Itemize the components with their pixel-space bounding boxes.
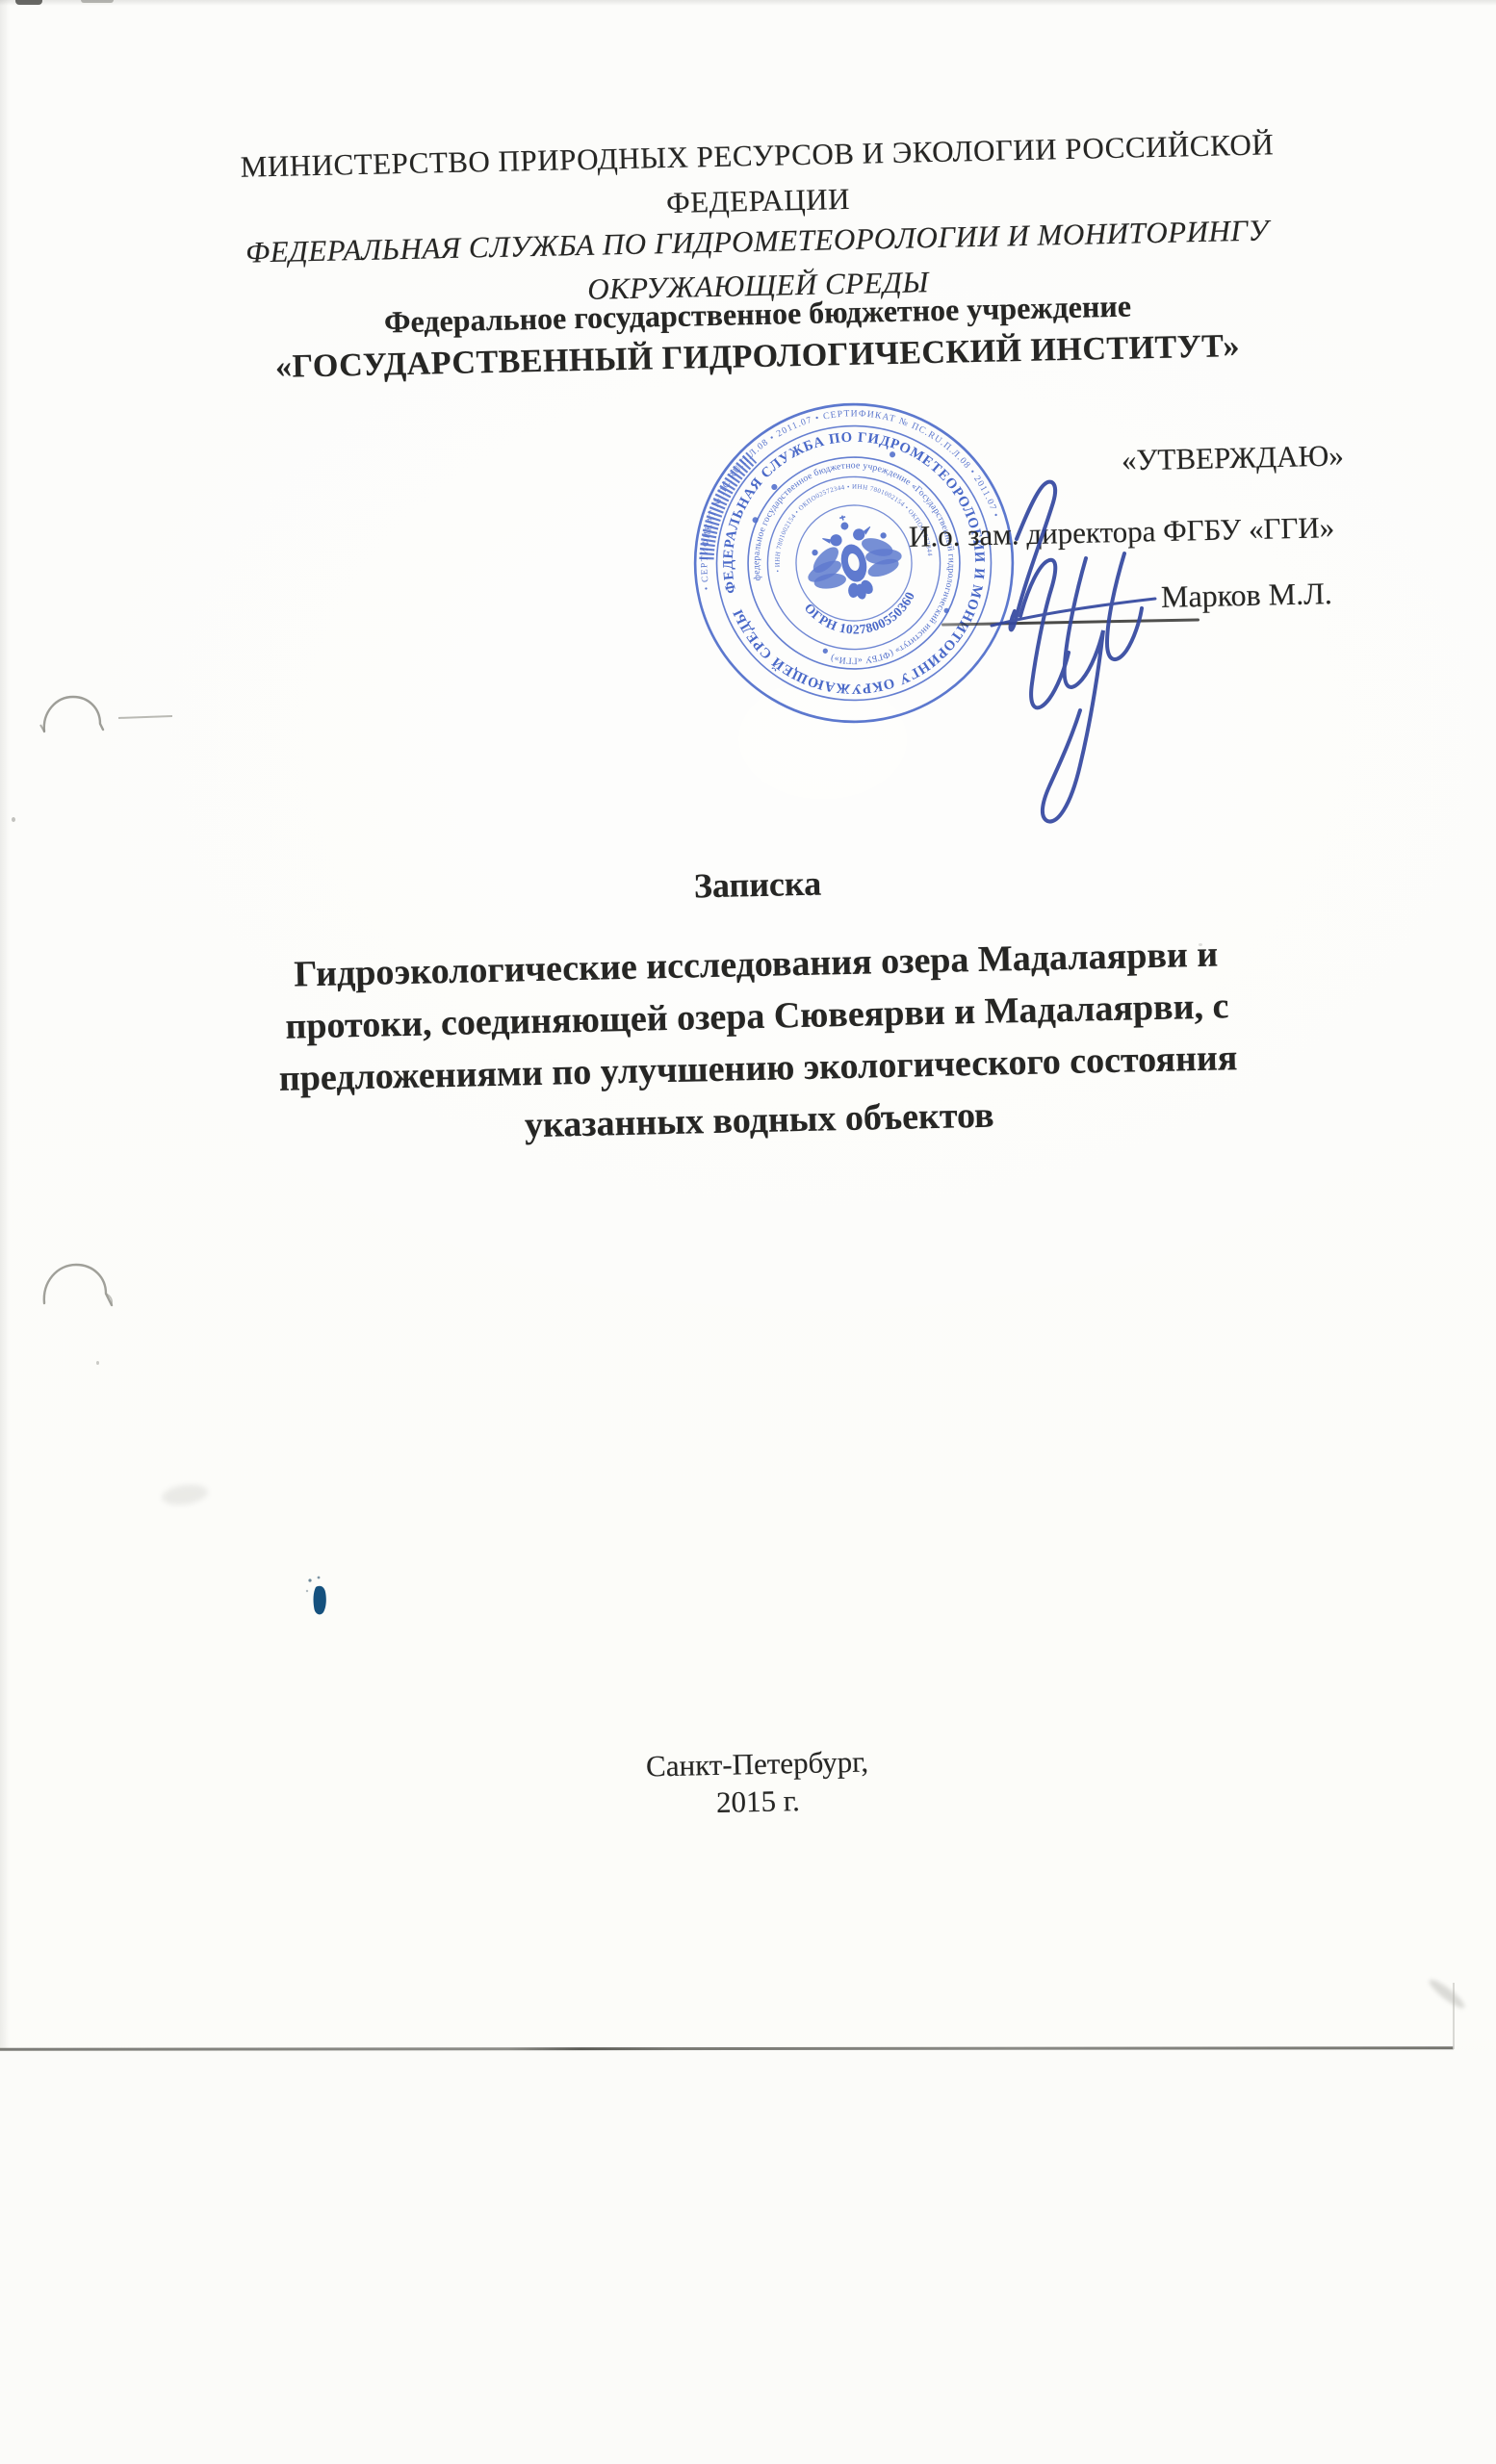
scanned-document-page: МИНИСТЕРСТВО ПРИРОДНЫХ РЕСУРСОВ И ЭКОЛОГ… [0, 0, 1496, 2464]
scan-artifact-mark [15, 0, 42, 5]
handwritten-signature [838, 423, 1184, 924]
scan-smudge [161, 1482, 209, 1507]
scan-edge-shadow-top [0, 0, 1496, 6]
scanner-background-below-page [0, 2050, 1496, 2464]
imprint-block: Санкт-Петербург, 2015 г. [189, 1732, 1326, 1833]
ink-blot-mark [304, 1572, 337, 1622]
paper-speck [12, 817, 15, 822]
signature-ink-strokes [838, 423, 1184, 924]
paper-speck [96, 1361, 99, 1365]
scan-smudge [1426, 1976, 1467, 2012]
approver-name: Марков М.Л. [1161, 576, 1333, 615]
punch-hole-mark-top [37, 685, 119, 749]
document-title: Гидроэкологические исследования озера Ма… [188, 926, 1328, 1159]
scan-scratch-line [118, 715, 172, 719]
scan-artifact-mark [81, 0, 114, 3]
punch-hole-mark-bottom [39, 1251, 125, 1321]
